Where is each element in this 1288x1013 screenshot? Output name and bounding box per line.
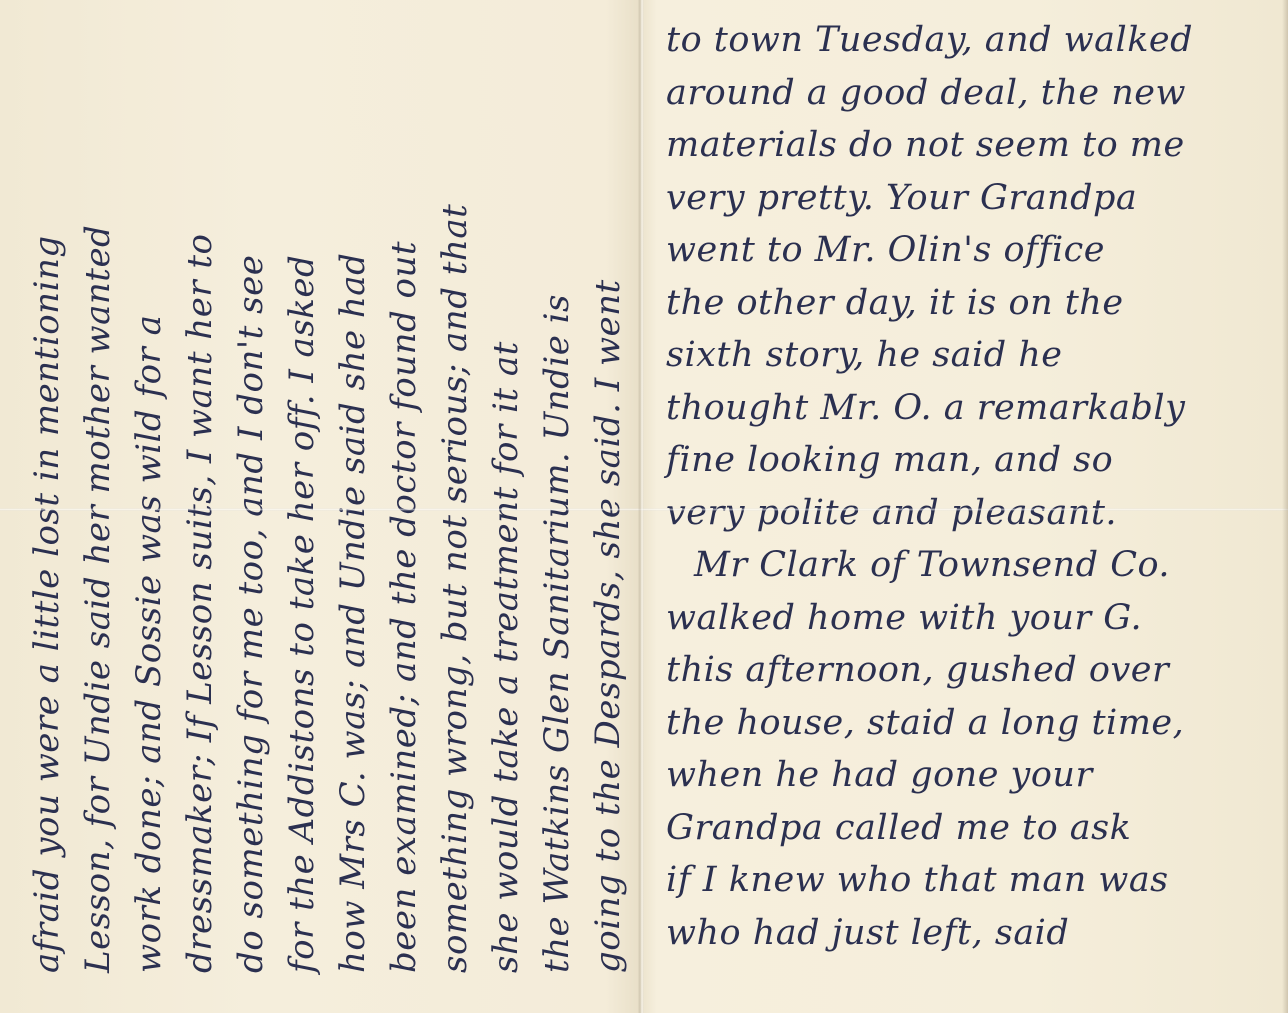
- right-page-lines: to town Tuesday, and walked around a goo…: [666, 14, 1276, 959]
- letter-spread: afraid you were a little lost in mention…: [0, 0, 1288, 1013]
- handwritten-line: if I knew who that man was: [666, 854, 1276, 907]
- handwritten-line: afraid you were a little lost in mention…: [22, 11, 73, 1001]
- center-fold-crease: [638, 0, 644, 1013]
- handwritten-line: Grandpa called me to ask: [666, 802, 1276, 855]
- paper-edge-shadow: [1282, 0, 1288, 1013]
- handwritten-line: around a good deal, the new: [666, 67, 1276, 120]
- handwritten-line: the house, staid a long time,: [666, 697, 1276, 750]
- handwritten-line: to town Tuesday, and walked: [666, 14, 1276, 67]
- handwritten-line: Lesson, for Undie said her mother wanted: [73, 11, 124, 1001]
- handwritten-line: very pretty. Your Grandpa: [666, 172, 1276, 225]
- handwritten-line: been examined; and the doctor found out: [379, 11, 430, 1001]
- handwritten-line: thought Mr. O. a remarkably: [666, 382, 1276, 435]
- handwritten-line: how Mrs C. was; and Undie said she had: [328, 11, 379, 1001]
- handwritten-line: went to Mr. Olin's office: [666, 224, 1276, 277]
- handwritten-line: walked home with your G.: [666, 592, 1276, 645]
- handwritten-line: the Watkins Glen Sanitarium. Undie is: [532, 11, 583, 1001]
- handwritten-line: going to the Despards, she said. I went: [583, 11, 634, 1001]
- handwritten-line: dressmaker; If Lesson suits, I want her …: [175, 11, 226, 1001]
- horizontal-fold-crease: [0, 508, 1288, 511]
- handwritten-line: she would take a treatment for it at: [481, 11, 532, 1001]
- handwritten-line: something wrong, but not serious; and th…: [430, 11, 481, 1001]
- handwritten-line: very polite and pleasant.: [666, 487, 1276, 540]
- handwritten-line: for the Addistons to take her off. I ask…: [277, 11, 328, 1001]
- handwritten-line: the other day, it is on the: [666, 277, 1276, 330]
- handwritten-line: materials do not seem to me: [666, 119, 1276, 172]
- left-page-rotated-text: afraid you were a little lost in mention…: [0, 0, 636, 1013]
- left-page: afraid you were a little lost in mention…: [0, 0, 636, 1013]
- handwritten-line-paragraph-start: Mr Clark of Townsend Co.: [666, 539, 1276, 592]
- handwritten-line: fine looking man, and so: [666, 434, 1276, 487]
- handwritten-line: who had just left, said: [666, 907, 1276, 960]
- right-page: to town Tuesday, and walked around a goo…: [644, 0, 1288, 1013]
- handwritten-line: when he had gone your: [666, 749, 1276, 802]
- handwritten-line: this afternoon, gushed over: [666, 644, 1276, 697]
- handwritten-line: do something for me too, and I don't see: [226, 11, 277, 1001]
- handwritten-line: work done; and Sossie was wild for a: [124, 11, 175, 1001]
- left-page-lines: afraid you were a little lost in mention…: [22, 11, 634, 1001]
- handwritten-line: sixth story, he said he: [666, 329, 1276, 382]
